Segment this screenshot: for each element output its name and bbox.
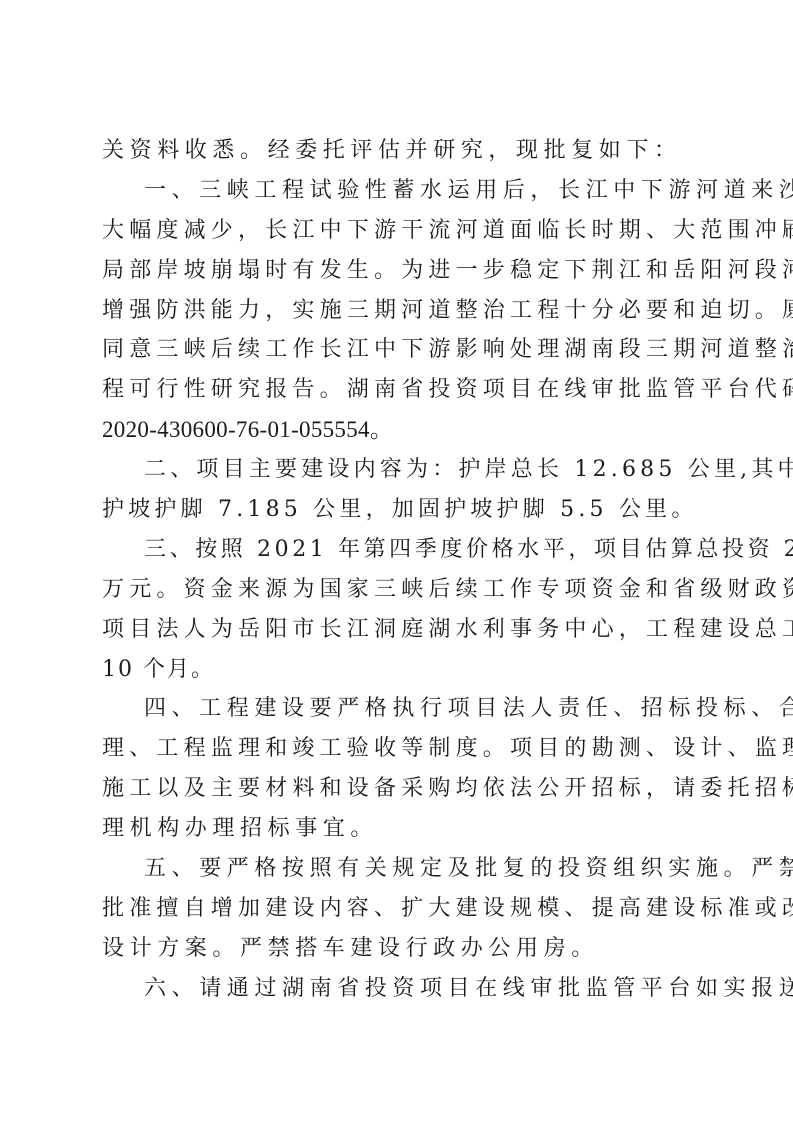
paragraph-5-line-3: 设计方案。严禁搭车建设行政办公用房。 [102, 929, 696, 969]
paragraph-1-line-3: 局部岸坡崩塌时有发生。为进一步稳定下荆江和岳阳河段河势， [102, 251, 696, 291]
paragraph-4-line-3: 施工以及主要材料和设备采购均依法公开招标，请委托招标代 [102, 769, 696, 809]
paragraph-3-line-4: 10 个月。 [102, 650, 696, 690]
paragraph-4-line-2: 理、工程监理和竣工验收等制度。项目的勘测、设计、监理、 [102, 729, 696, 769]
paragraph-5-line-2: 批准擅自增加建设内容、扩大建设规模、提高建设标准或改变 [102, 889, 696, 929]
document-page: 关资料收悉。经委托评估并研究，现批复如下： 一、三峡工程试验性蓄水运用后，长江中… [0, 0, 793, 1121]
approval-body-text: 关资料收悉。经委托评估并研究，现批复如下： 一、三峡工程试验性蓄水运用后，长江中… [102, 131, 696, 1009]
paragraph-4-line-1: 四、工程建设要严格执行项目法人责任、招标投标、合同管 [102, 689, 696, 729]
paragraph-5-line-1: 五、要严格按照有关规定及批复的投资组织实施。严禁未经 [102, 849, 696, 889]
paragraph-2-line-1: 二、项目主要建设内容为：护岸总长 12.685 公里,其中新建 [102, 450, 696, 490]
paragraph-3-line-3: 项目法人为岳阳市长江洞庭湖水利事务中心，工程建设总工期 [102, 610, 696, 650]
paragraph-1-line-1: 一、三峡工程试验性蓄水运用后，长江中下游河道来沙量 [102, 171, 696, 211]
paragraph-3-line-2: 万元。资金来源为国家三峡后续工作专项资金和省级财政资金。 [102, 570, 696, 610]
paragraph-1-line-6: 程可行性研究报告。湖南省投资项目在线审批监管平台代码： [102, 370, 696, 410]
platform-project-code: 2020-430600-76-01-055554。 [102, 410, 696, 450]
paragraph-3-line-1: 三、按照 2021 年第四季度价格水平，项目估算总投资 25256 [102, 530, 696, 570]
paragraph-1-line-5: 同意三峡后续工作长江中下游影响处理湖南段三期河道整治工 [102, 330, 696, 370]
text-line-continuation: 关资料收悉。经委托评估并研究，现批复如下： [102, 131, 696, 171]
paragraph-4-line-4: 理机构办理招标事宜。 [102, 809, 696, 849]
paragraph-1-line-2: 大幅度减少，长江中下游干流河道面临长时期、大范围冲刷， [102, 211, 696, 251]
paragraph-1-line-4: 增强防洪能力，实施三期河道整治工程十分必要和迫切。原则 [102, 291, 696, 331]
paragraph-6-line-1: 六、请通过湖南省投资项目在线审批监管平台如实报送项目 [102, 969, 696, 1009]
paragraph-2-line-2: 护坡护脚 7.185 公里，加固护坡护脚 5.5 公里。 [102, 490, 696, 530]
